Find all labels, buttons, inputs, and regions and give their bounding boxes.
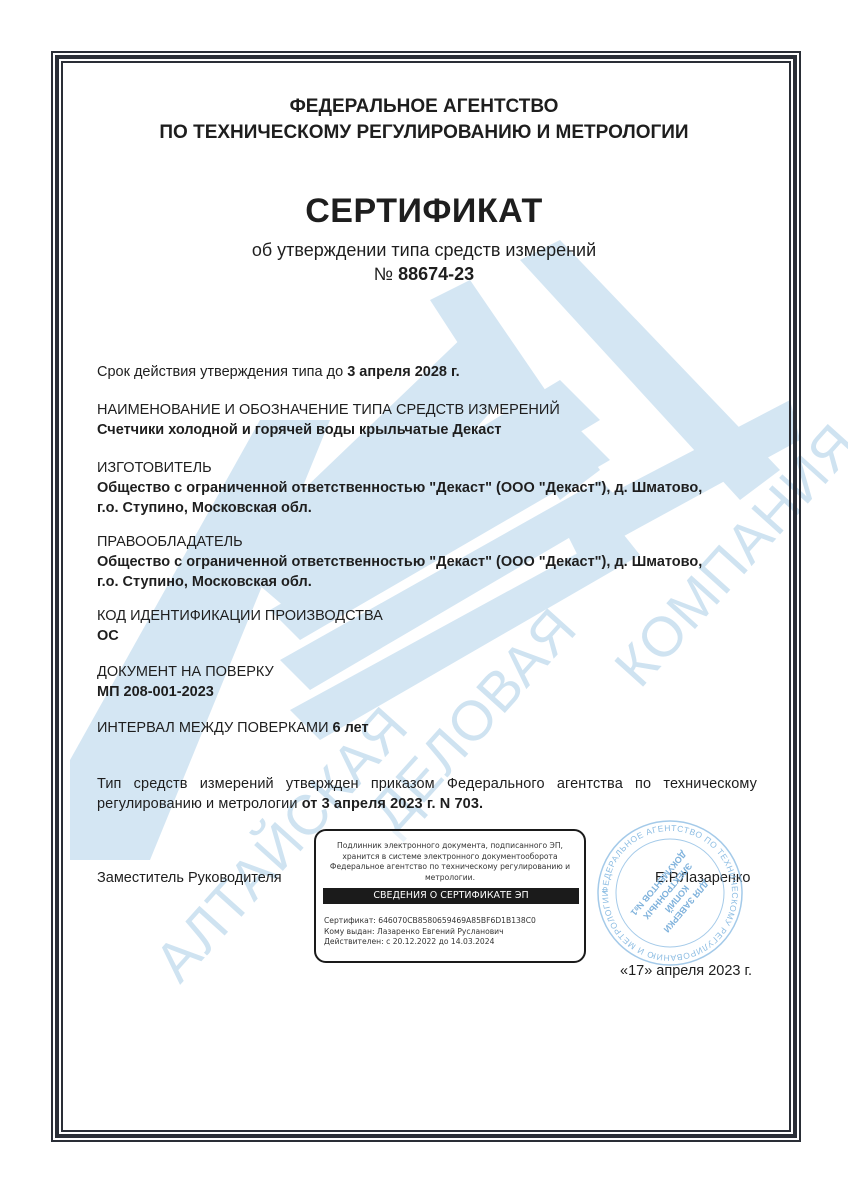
svg-text:КОПИЙ: КОПИЙ: [663, 883, 692, 915]
section-value: Счетчики холодной и горячей воды крыльча…: [97, 420, 757, 440]
esig-issued-to-label: Кому выдан:: [324, 927, 375, 938]
document-subtitle: об утверждении типа средств измерений: [0, 240, 848, 261]
validity-label: Срок действия утверждения типа до: [97, 364, 343, 380]
section-label: ПРАВООБЛАДАТЕЛЬ: [97, 532, 757, 552]
esig-valid: Действителен: с 20.12.2022 до 14.03.2024: [324, 937, 536, 948]
esig-note-line: метрологии.: [320, 873, 580, 884]
section-manufacturer: ИЗГОТОВИТЕЛЬ Общество с ограниченной отв…: [97, 458, 757, 518]
esig-note: Подлинник электронного документа, подпис…: [320, 841, 580, 883]
esig-note-line: Федеральное агентство по техническому ре…: [320, 862, 580, 873]
svg-text:ДЛЯ ЗАВЕРКИ: ДЛЯ ЗАВЕРКИ: [662, 879, 711, 935]
agency-name-line1: ФЕДЕРАЛЬНОЕ АГЕНТСТВО: [0, 94, 848, 120]
section-production-code: КОД ИДЕНТИФИКАЦИИ ПРОИЗВОДСТВА ОС: [97, 606, 757, 646]
section-value: ОС: [97, 626, 757, 646]
section-instrument-name: НАИМЕНОВАНИЕ И ОБОЗНАЧЕНИЕ ТИПА СРЕДСТВ …: [97, 400, 757, 440]
electronic-signature-box: Подлинник электронного документа, подпис…: [314, 829, 586, 963]
esig-title-bar: СВЕДЕНИЯ О СЕРТИФИКАТЕ ЭП: [323, 888, 579, 904]
section-value-line2: г.о. Ступино, Московская обл.: [97, 572, 757, 592]
agency-name-line2: ПО ТЕХНИЧЕСКОМУ РЕГУЛИРОВАНИЮ И МЕТРОЛОГ…: [0, 120, 848, 146]
official-stamp: ФЕДЕРАЛЬНОЕ АГЕНТСТВО ПО ТЕХНИЧЕСКОМУ РЕ…: [595, 818, 745, 968]
section-rights-holder: ПРАВООБЛАДАТЕЛЬ Общество с ограниченной …: [97, 532, 757, 592]
certificate: ФЕДЕРАЛЬНОЕ АГЕНТСТВО ПО ТЕХНИЧЕСКОМУ РЕ…: [0, 0, 848, 1200]
section-label: ИНТЕРВАЛ МЕЖДУ ПОВЕРКАМИ: [97, 720, 329, 736]
esig-note-line: Подлинник электронного документа, подпис…: [320, 841, 580, 852]
section-value-line1: Общество с ограниченной ответственностью…: [97, 552, 757, 572]
esig-certificate-label: Сертификат:: [324, 916, 376, 927]
document-title: СЕРТИФИКАТ: [0, 192, 848, 231]
number-prefix: №: [374, 264, 393, 284]
signer-name: Е.Р.Лазаренко: [655, 870, 751, 886]
approval-order: Тип средств измерений утвержден приказом…: [97, 774, 757, 814]
section-verification-document: ДОКУМЕНТ НА ПОВЕРКУ МП 208-001-2023: [97, 662, 757, 702]
esig-details: Сертификат: 646070CB8580659469A85BF6D1B1…: [324, 916, 536, 948]
esig-note-line: хранится в системе электронного документ…: [320, 852, 580, 863]
signer-position: Заместитель Руководителя: [97, 870, 282, 886]
signature-date: «17» апреля 2023 г.: [620, 963, 752, 979]
esig-issued-to-value: Лазаренко Евгений Русланович: [377, 927, 504, 936]
esig-valid-label: Действителен:: [324, 937, 384, 946]
svg-text:ФЕДЕРАЛЬНОЕ АГЕНТСТВО ПО ТЕХНИ: ФЕДЕРАЛЬНОЕ АГЕНТСТВО ПО ТЕХНИЧЕСКОМУ РЕ…: [600, 823, 740, 963]
certificate-number: № 88674-23: [0, 264, 848, 285]
esig-valid-value: с 20.12.2022 до 14.03.2024: [386, 937, 494, 946]
validity-value: 3 апреля 2028 г.: [347, 364, 459, 380]
section-label: ДОКУМЕНТ НА ПОВЕРКУ: [97, 662, 757, 682]
stamp-ring-text: ФЕДЕРАЛЬНОЕ АГЕНТСТВО ПО ТЕХНИЧЕСКОМУ РЕ…: [600, 823, 740, 963]
esig-certificate: Сертификат: 646070CB8580659469A85BF6D1B1…: [324, 916, 536, 927]
section-value: МП 208-001-2023: [97, 682, 757, 702]
section-value-line2: г.о. Ступино, Московская обл.: [97, 498, 757, 518]
number-value: 88674-23: [398, 264, 474, 284]
validity-period: Срок действия утверждения типа до 3 апре…: [97, 362, 757, 382]
esig-issued-to: Кому выдан: Лазаренко Евгений Русланович: [324, 927, 536, 938]
section-label: НАИМЕНОВАНИЕ И ОБОЗНАЧЕНИЕ ТИПА СРЕДСТВ …: [97, 400, 757, 420]
section-label: ИЗГОТОВИТЕЛЬ: [97, 458, 757, 478]
section-value-line1: Общество с ограниченной ответственностью…: [97, 478, 757, 498]
order-value: от 3 апреля 2023 г. N 703.: [302, 796, 483, 812]
section-verification-interval: ИНТЕРВАЛ МЕЖДУ ПОВЕРКАМИ 6 лет: [97, 718, 757, 738]
section-value: 6 лет: [333, 720, 369, 736]
section-label: КОД ИДЕНТИФИКАЦИИ ПРОИЗВОДСТВА: [97, 606, 757, 626]
esig-certificate-value: 646070CB8580659469A85BF6D1B138C0: [378, 916, 536, 925]
